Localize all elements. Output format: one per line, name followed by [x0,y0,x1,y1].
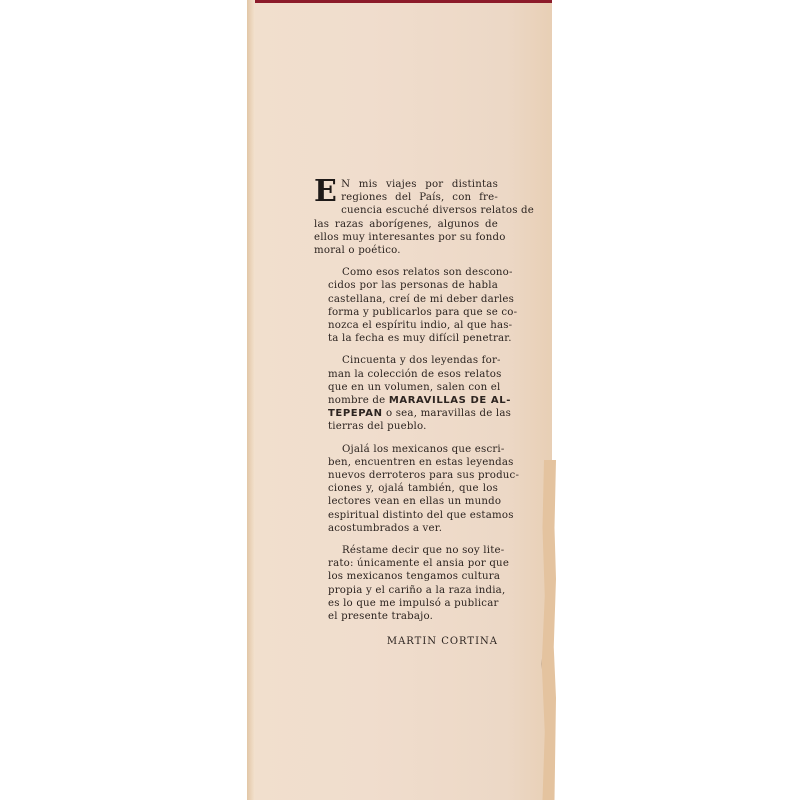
text-line: forma y publicarlos para que se co- [314,306,498,319]
text-line: es lo que me impulsó a publicar [314,597,498,610]
text-line: ta la fecha es muy difícil penetrar. [314,332,498,345]
text-line: ben, encuentren en estas leyendas [314,456,498,469]
text-line: ciones y, ojalá también, que los [314,482,498,495]
text-line: cuencia escuché diversos relatos de [314,204,498,217]
book-title: MARAVILLAS DE AL- [389,395,511,406]
text-line: acostumbrados a ver. [314,522,498,535]
text-line: tierras del pueblo. [314,420,498,433]
text-line: ellos muy interesantes por su fondo [314,231,498,244]
text-line: Réstame decir que no soy lite- [314,544,498,557]
preface-text: E N mis viajes por distintas regiones de… [314,178,498,649]
text-line: moral o poético. [314,244,498,257]
book-title: TEPEPAN [328,408,383,419]
text-line-title: nombre de MARAVILLAS DE AL- [314,394,498,407]
text-line-title: TEPEPAN o sea, maravillas de las [314,407,498,420]
text-line: las razas aborígenes, algunos de [314,218,498,231]
text-line: rato: únicamente el ansia por que [314,557,498,570]
paragraph-3: Cincuenta y dos leyendas for- man la col… [314,354,498,433]
text-line: propia y el cariño a la raza india, [314,584,498,597]
text-line: el presente trabajo. [314,610,498,623]
text-line: cidos por las personas de habla [314,279,498,292]
text-line: Cincuenta y dos leyendas for- [314,354,498,367]
text-line: N mis viajes por distintas [314,178,498,191]
text-line: los mexicanos tengamos cultura [314,570,498,583]
text-line: nuevos derroteros para sus produc- [314,469,498,482]
paragraph-1: E N mis viajes por distintas regiones de… [314,178,498,257]
text-line: Como esos relatos son descono- [314,266,498,279]
text-fragment: nombre de [328,395,389,406]
paragraph-4: Ojalá los mexicanos que escri- ben, encu… [314,443,498,535]
text-line: nozca el espíritu indio, al que has- [314,319,498,332]
text-line: castellana, creí de mi deber darles [314,293,498,306]
torn-page-edge [541,460,556,800]
text-line: man la colección de esos relatos [314,368,498,381]
drop-cap: E [314,179,337,205]
text-line: espiritual distinto del que estamos [314,509,498,522]
paragraph-2: Como esos relatos son descono- cidos por… [314,266,498,345]
text-fragment: o sea, maravillas de las [383,408,512,419]
paragraph-5: Réstame decir que no soy lite- rato: úni… [314,544,498,623]
cover-edge-strip [247,0,552,3]
text-line: Ojalá los mexicanos que escri- [314,443,498,456]
text-line: lectores vean en ellas un mundo [314,495,498,508]
text-line: regiones del País, con fre- [314,191,498,204]
author-signature: MARTIN CORTINA [314,635,498,648]
book-page: E N mis viajes por distintas regiones de… [247,0,552,800]
text-line: que en un volumen, salen con el [314,381,498,394]
page-fold [247,0,255,800]
